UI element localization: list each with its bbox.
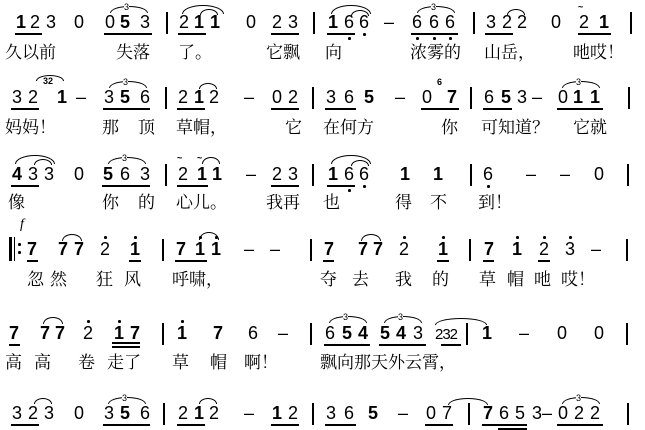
note: –	[524, 164, 538, 184]
underline	[11, 185, 39, 187]
underline	[482, 424, 527, 426]
note: 7	[440, 403, 454, 423]
underline	[271, 185, 299, 187]
barline	[628, 87, 630, 109]
high-octave-dot	[134, 236, 137, 239]
lyric: 得	[395, 193, 412, 213]
note: 6	[138, 403, 152, 423]
underline	[324, 344, 370, 346]
low-octave-dot	[416, 37, 419, 40]
lyric: 高	[34, 353, 51, 373]
lyric: 向	[325, 43, 342, 63]
underline	[177, 185, 208, 187]
barline	[312, 164, 314, 186]
barline	[310, 239, 312, 261]
note: 2	[207, 87, 221, 107]
note: 3	[42, 164, 56, 184]
note: 5	[366, 403, 380, 423]
lyric: 妈妈！	[5, 118, 56, 138]
lyric: 你	[441, 118, 458, 138]
note: 1	[480, 323, 494, 343]
barline	[466, 323, 468, 345]
lyric: 久以前	[5, 43, 56, 63]
barline	[470, 87, 472, 109]
high-octave-dot	[87, 320, 90, 323]
repeat-dot	[18, 243, 21, 246]
underline	[112, 342, 140, 344]
note: 1	[112, 323, 126, 343]
note: 2	[26, 403, 40, 423]
note: 3	[44, 12, 58, 32]
note: 2	[98, 239, 112, 259]
underline	[421, 108, 459, 110]
lyric: 哎！	[561, 270, 595, 290]
note: 1	[192, 403, 206, 423]
lyric: 它就	[573, 118, 607, 138]
low-octave-dot	[449, 37, 452, 40]
score-line-1: 1 2 3 0 0 5 3 3 2 1 1 0 2 3 1 6 6 – 6 6 …	[0, 0, 645, 75]
note: 0	[72, 164, 86, 184]
note: 7	[7, 323, 21, 343]
note: 2	[176, 164, 190, 184]
lyric: 也	[323, 193, 340, 213]
note: –	[276, 323, 290, 343]
note: –	[558, 164, 572, 184]
underline	[411, 33, 458, 35]
note: 1	[210, 164, 224, 184]
high-octave-dot	[118, 320, 121, 323]
underline-double	[112, 346, 140, 348]
lyric: 可知道？	[481, 118, 549, 138]
note: 5	[118, 12, 132, 32]
low-octave-dot	[363, 33, 366, 36]
note: –	[393, 87, 407, 107]
tie	[507, 9, 525, 15]
underline	[103, 424, 150, 426]
underline	[483, 260, 494, 262]
underline	[9, 344, 20, 346]
lyric: 像	[8, 193, 25, 213]
lyric: 的	[138, 193, 155, 213]
note: 1	[510, 239, 524, 259]
note: 6	[323, 323, 337, 343]
note: 6	[482, 87, 496, 107]
note: 3	[10, 403, 24, 423]
note: 2	[588, 403, 602, 423]
tie	[199, 398, 217, 404]
underline	[538, 260, 550, 262]
lyric: 我再	[266, 193, 300, 213]
note: 2	[286, 87, 300, 107]
note: 3	[138, 12, 152, 32]
note: 3	[26, 164, 40, 184]
low-octave-dot	[363, 185, 366, 188]
note: 0	[72, 403, 86, 423]
note: 3	[286, 164, 300, 184]
repeat-start-thin	[14, 237, 15, 261]
note: –	[242, 87, 256, 107]
barline	[312, 403, 314, 425]
high-octave-dot	[181, 320, 184, 323]
lyric: 我	[395, 270, 412, 290]
lyric: 的	[432, 270, 449, 290]
note: –	[517, 323, 531, 343]
underline	[323, 260, 334, 262]
note: 6	[497, 403, 511, 423]
note: 4	[394, 323, 408, 343]
lyric: 顶	[138, 118, 155, 138]
note: 2	[577, 12, 591, 32]
note: 5	[118, 87, 132, 107]
note: 2	[537, 239, 551, 259]
underline	[437, 260, 449, 262]
score-line-2: 3 2 32 1 – 3 5 6 3 2 1 2 – 0 2 3 6 5 – 0…	[0, 75, 645, 150]
barline	[470, 164, 472, 186]
underline	[104, 33, 152, 35]
underline	[177, 424, 205, 426]
mordent-mark: ~	[578, 3, 583, 12]
note: 5	[101, 164, 115, 184]
barline	[469, 239, 471, 261]
underline	[103, 108, 150, 110]
underline	[557, 108, 603, 110]
barline	[310, 323, 312, 345]
note: 3	[411, 323, 425, 343]
lyric: 在何方	[323, 118, 374, 138]
note: 1	[588, 87, 602, 107]
underline	[15, 33, 42, 35]
note: –	[244, 164, 258, 184]
underline	[129, 260, 141, 262]
high-octave-dot	[516, 236, 519, 239]
lyric: 不	[430, 193, 447, 213]
note: 1	[270, 403, 284, 423]
triplet-mark: 3	[576, 78, 581, 87]
note: 7	[356, 239, 370, 259]
note: 2	[397, 239, 411, 259]
barline	[162, 239, 164, 261]
note: 6	[246, 323, 260, 343]
note: 2	[26, 87, 40, 107]
note: 2	[176, 403, 190, 423]
underline	[325, 108, 356, 110]
note: 2	[286, 403, 300, 423]
triplet-mark: 3	[122, 154, 127, 163]
triplet-mark: 3	[431, 3, 436, 12]
lyric: 忽	[27, 270, 44, 290]
lyric: 山岳，	[484, 43, 535, 63]
note: 3	[102, 87, 116, 107]
tie	[200, 9, 218, 15]
tie	[361, 234, 381, 241]
note: 0	[270, 87, 284, 107]
lyric: 心儿。	[176, 193, 227, 213]
repeat-start-thick	[9, 237, 12, 261]
low-octave-dot	[348, 37, 351, 40]
tie	[199, 83, 217, 89]
note: 1	[326, 164, 340, 184]
high-octave-dot	[569, 236, 572, 239]
note: 3	[324, 87, 338, 107]
note-group: 232	[429, 325, 463, 345]
tie	[34, 398, 52, 404]
underline	[177, 108, 205, 110]
high-octave-dot	[543, 236, 546, 239]
note: 3	[102, 403, 116, 423]
lyric: 夺	[320, 270, 337, 290]
underline	[483, 108, 512, 110]
note: 1	[192, 87, 206, 107]
underline	[379, 344, 426, 346]
note: 1	[431, 164, 445, 184]
triplet-mark: 3	[122, 394, 127, 403]
mordent-mark: ~	[177, 154, 182, 163]
note: 7	[322, 239, 336, 259]
note: 7	[72, 239, 86, 259]
note: 1	[175, 323, 189, 343]
dynamic-forte: f	[20, 217, 24, 233]
note: 7	[481, 403, 495, 423]
note: 1	[193, 239, 207, 259]
high-octave-dot	[403, 236, 406, 239]
lyric: 高	[5, 353, 22, 373]
lyric: 飘向那天外云霄，	[320, 353, 456, 373]
note: 6	[443, 12, 457, 32]
note: –	[542, 403, 552, 423]
note: 4	[10, 164, 24, 184]
lyric: 草	[172, 353, 189, 373]
note: –	[589, 239, 603, 259]
note: –	[396, 403, 410, 423]
low-octave-dot	[487, 185, 490, 188]
note: 2	[500, 12, 514, 32]
barline	[162, 323, 164, 345]
note: 6	[481, 164, 495, 184]
note: 5	[499, 87, 513, 107]
triplet-mark: 3	[576, 394, 581, 403]
note: 0	[592, 164, 606, 184]
barline	[627, 403, 629, 425]
underline-double	[498, 428, 527, 430]
underline	[11, 424, 39, 426]
note: 3	[515, 87, 529, 107]
note: 3	[484, 12, 498, 32]
underline	[425, 424, 453, 426]
lyric: 呼啸，	[172, 270, 223, 290]
note: 7	[25, 239, 39, 259]
note: 1	[597, 12, 611, 32]
barline	[473, 12, 475, 34]
note: 2	[515, 12, 529, 32]
note: 0	[556, 403, 570, 423]
triplet-mark: 3	[398, 313, 403, 322]
lyric: 浓雾的	[410, 43, 461, 63]
note: –	[242, 403, 256, 423]
triplet-mark: 3	[343, 313, 348, 322]
note: 6	[138, 87, 152, 107]
note: 3	[42, 403, 56, 423]
note: 7	[56, 239, 70, 259]
grace-note: 6	[437, 78, 442, 87]
underline	[485, 33, 513, 35]
barline	[468, 403, 470, 425]
note: 1	[436, 239, 450, 259]
note: 0	[72, 12, 86, 32]
note: 7	[211, 323, 225, 343]
note: 1	[208, 12, 222, 32]
lyric: 帽	[507, 270, 524, 290]
score-line-4: f 7 7 7 2 1 7 1 1 – – 7 7 7 2 1 7 1 2 3 …	[0, 215, 645, 300]
low-octave-dot	[348, 189, 351, 192]
repeat-dot	[18, 251, 21, 254]
note: 2	[176, 87, 190, 107]
note: 7	[38, 323, 52, 343]
note: 6	[342, 87, 356, 107]
note: 0	[556, 87, 570, 107]
barline	[165, 87, 167, 109]
note: 2	[177, 12, 191, 32]
lyric: 吔哎！	[573, 43, 624, 63]
note: 5	[118, 403, 132, 423]
lyric: 狂	[96, 270, 113, 290]
note: 1	[326, 12, 340, 32]
lyric: 你	[102, 193, 119, 213]
tie	[351, 10, 369, 16]
note: 7	[445, 87, 459, 107]
note: 2	[207, 403, 221, 423]
note: 6	[342, 403, 356, 423]
tie	[43, 317, 63, 324]
note: 0	[592, 323, 606, 343]
note: 2	[572, 403, 586, 423]
lyric: 卷	[78, 353, 95, 373]
underline	[327, 185, 355, 187]
note: 1	[195, 164, 209, 184]
triplet-mark: 3	[124, 3, 129, 12]
note: 3	[286, 12, 300, 32]
barline	[166, 12, 168, 34]
note: 5	[378, 323, 392, 343]
note: 1	[209, 239, 223, 259]
note: 2	[270, 12, 284, 32]
note: 3	[10, 87, 24, 107]
note: 2	[270, 164, 284, 184]
underline	[325, 424, 356, 426]
underline	[327, 33, 355, 35]
underline	[557, 424, 603, 426]
lyric: 它飘	[266, 43, 300, 63]
note: 1	[14, 12, 28, 32]
barline	[627, 164, 629, 186]
score-line-6: 3 2 3 0 3 5 6 3 2 1 2 – 1 2 3 6 5 – 0 7 …	[0, 380, 645, 430]
underline	[441, 344, 461, 346]
underline	[271, 424, 299, 426]
note: –	[530, 87, 544, 107]
triplet-mark: 3	[123, 78, 128, 87]
note: 7	[482, 239, 496, 259]
barline	[312, 87, 314, 109]
tie	[199, 232, 219, 240]
tie	[351, 160, 369, 166]
note: –	[74, 87, 88, 107]
underline	[27, 260, 38, 262]
note: –	[382, 12, 396, 32]
tie	[62, 234, 82, 241]
lyric: 走了	[107, 353, 141, 373]
note: 0	[103, 12, 117, 32]
note: 5	[340, 323, 354, 343]
score-line-3: 4 3 3 0 5 6 3 3 ~ 2 ~ 1 1 – 2 3 1 6 6 1 …	[0, 150, 645, 220]
underline	[178, 33, 206, 35]
note: 2	[28, 12, 42, 32]
note: 1	[398, 164, 412, 184]
barline	[626, 323, 628, 345]
note: 0	[424, 403, 438, 423]
lyric: 失落	[116, 43, 150, 63]
lyric: 草帽，	[176, 118, 227, 138]
note: 7	[128, 323, 142, 343]
note: 3	[138, 164, 152, 184]
note: 5	[513, 403, 527, 423]
note: 6	[357, 164, 371, 184]
underline	[175, 260, 207, 262]
note: 6	[427, 12, 441, 32]
lyric: 那	[102, 118, 119, 138]
underline	[271, 33, 299, 35]
note: 5	[362, 87, 376, 107]
barline	[165, 164, 167, 186]
underline	[578, 33, 611, 35]
tie	[34, 159, 52, 165]
lyric: 啊！	[244, 353, 278, 373]
lyric: 然	[50, 270, 67, 290]
note: 1	[571, 87, 585, 107]
note: –	[268, 239, 282, 259]
low-octave-dot	[433, 37, 436, 40]
note: 1	[128, 239, 142, 259]
barline	[313, 12, 315, 34]
note: 7	[53, 323, 67, 343]
note: 6	[342, 164, 356, 184]
note: 3	[324, 403, 338, 423]
high-octave-dot	[104, 236, 107, 239]
note: 7	[371, 239, 385, 259]
score-line-5: 7 7 7 2 1 7 1 7 6 – 6 5 4 3 5 4 3 3 232 …	[0, 300, 645, 380]
lyric: 到！	[478, 193, 512, 213]
note: 3	[563, 239, 577, 259]
lyric: 草	[479, 270, 496, 290]
note: 0	[244, 12, 258, 32]
tie	[202, 157, 220, 164]
barline	[626, 239, 628, 261]
barline	[630, 12, 632, 34]
note: 6	[410, 12, 424, 32]
note: 4	[356, 323, 370, 343]
note: –	[242, 239, 256, 259]
note: 2	[81, 323, 95, 343]
underline	[271, 108, 299, 110]
high-octave-dot	[442, 236, 445, 239]
lyric: 了。	[178, 43, 212, 63]
lyric: 吔	[534, 270, 551, 290]
lyric: 风	[124, 270, 141, 290]
note: 1	[192, 12, 206, 32]
note: 0	[549, 12, 563, 32]
slur	[36, 75, 64, 81]
barline	[163, 403, 165, 425]
lyric: 它	[285, 118, 302, 138]
note: 1	[55, 87, 69, 107]
